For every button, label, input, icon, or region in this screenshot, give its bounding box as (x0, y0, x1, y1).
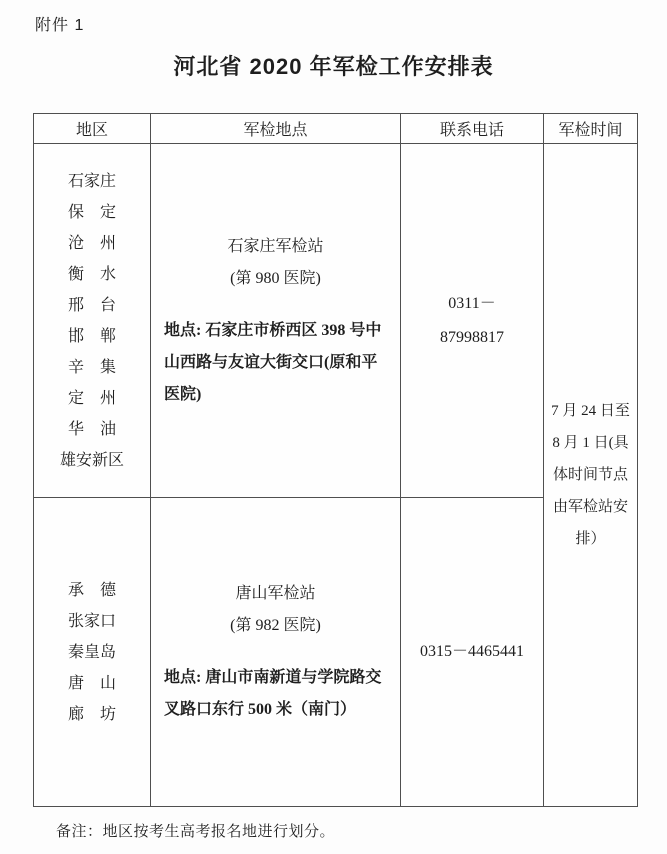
time-text: 排） (546, 523, 635, 555)
hospital-name: (第 982 医院) (164, 610, 387, 642)
time-cell: 7 月 24 日至 8 月 1 日(具 体时间节点 由军检站安 排） (544, 144, 638, 807)
region-item: 张家口 (34, 606, 150, 637)
time-text: 7 月 24 日至 (546, 395, 635, 427)
header-location: 军检地点 (151, 114, 401, 144)
region-item: 辛 集 (34, 352, 150, 383)
region-item: 廊 坊 (34, 699, 150, 730)
header-time: 军检时间 (544, 114, 638, 144)
header-region: 地区 (34, 114, 151, 144)
phone-number: 0315－4465441 (401, 635, 543, 669)
table-row: 石家庄 保 定 沧 州 衡 水 邢 台 邯 郸 辛 集 定 州 华 油 雄安新区… (34, 144, 638, 498)
region-item: 沧 州 (34, 228, 150, 259)
location-cell-tangshan: 唐山军检站 (第 982 医院) 地点: 唐山市南新道与学院路交叉路口东行 50… (151, 498, 401, 807)
schedule-table: 地区 军检地点 联系电话 军检时间 石家庄 保 定 沧 州 衡 水 邢 台 邯 … (33, 113, 638, 807)
region-item: 雄安新区 (34, 445, 150, 476)
time-text: 体时间节点 (546, 459, 635, 491)
station-address: 地点: 唐山市南新道与学院路交叉路口东行 500 米（南门） (164, 662, 387, 726)
phone-cell-shijiazhuang: 0311－ 87998817 (401, 144, 544, 498)
phone-cell-tangshan: 0315－4465441 (401, 498, 544, 807)
region-cell-shijiazhuang: 石家庄 保 定 沧 州 衡 水 邢 台 邯 郸 辛 集 定 州 华 油 雄安新区 (34, 144, 151, 498)
region-item: 保 定 (34, 197, 150, 228)
region-item: 衡 水 (34, 259, 150, 290)
time-text: 8 月 1 日(具 (546, 427, 635, 459)
attachment-label: 附件 1 (35, 12, 84, 35)
location-cell-shijiazhuang: 石家庄军检站 (第 980 医院) 地点: 石家庄市桥西区 398 号中山西路与… (151, 144, 401, 498)
time-text: 由军检站安 (546, 491, 635, 523)
footnote: 备注：地区按考生高考报名地进行划分。 (56, 820, 335, 841)
region-item: 唐 山 (34, 668, 150, 699)
region-cell-tangshan: 承 德 张家口 秦皇岛 唐 山 廊 坊 (34, 498, 151, 807)
phone-number: 87998817 (401, 321, 543, 355)
station-name: 唐山军检站 (164, 578, 387, 610)
table-header-row: 地区 军检地点 联系电话 军检时间 (34, 114, 638, 144)
region-item: 邢 台 (34, 290, 150, 321)
document-page: 附件 1 河北省 2020 年军检工作安排表 地区 军检地点 联系电话 军检时间… (0, 0, 667, 854)
hospital-name: (第 980 医院) (164, 263, 387, 295)
region-item: 承 德 (34, 575, 150, 606)
region-item: 石家庄 (34, 166, 150, 197)
region-item: 定 州 (34, 383, 150, 414)
phone-number: 0311－ (401, 287, 543, 321)
station-name: 石家庄军检站 (164, 231, 387, 263)
station-address: 地点: 石家庄市桥西区 398 号中山西路与友谊大街交口(原和平医院) (164, 315, 387, 411)
region-item: 华 油 (34, 414, 150, 445)
region-item: 秦皇岛 (34, 637, 150, 668)
page-title: 河北省 2020 年军检工作安排表 (0, 50, 667, 81)
region-item: 邯 郸 (34, 321, 150, 352)
header-phone: 联系电话 (401, 114, 544, 144)
